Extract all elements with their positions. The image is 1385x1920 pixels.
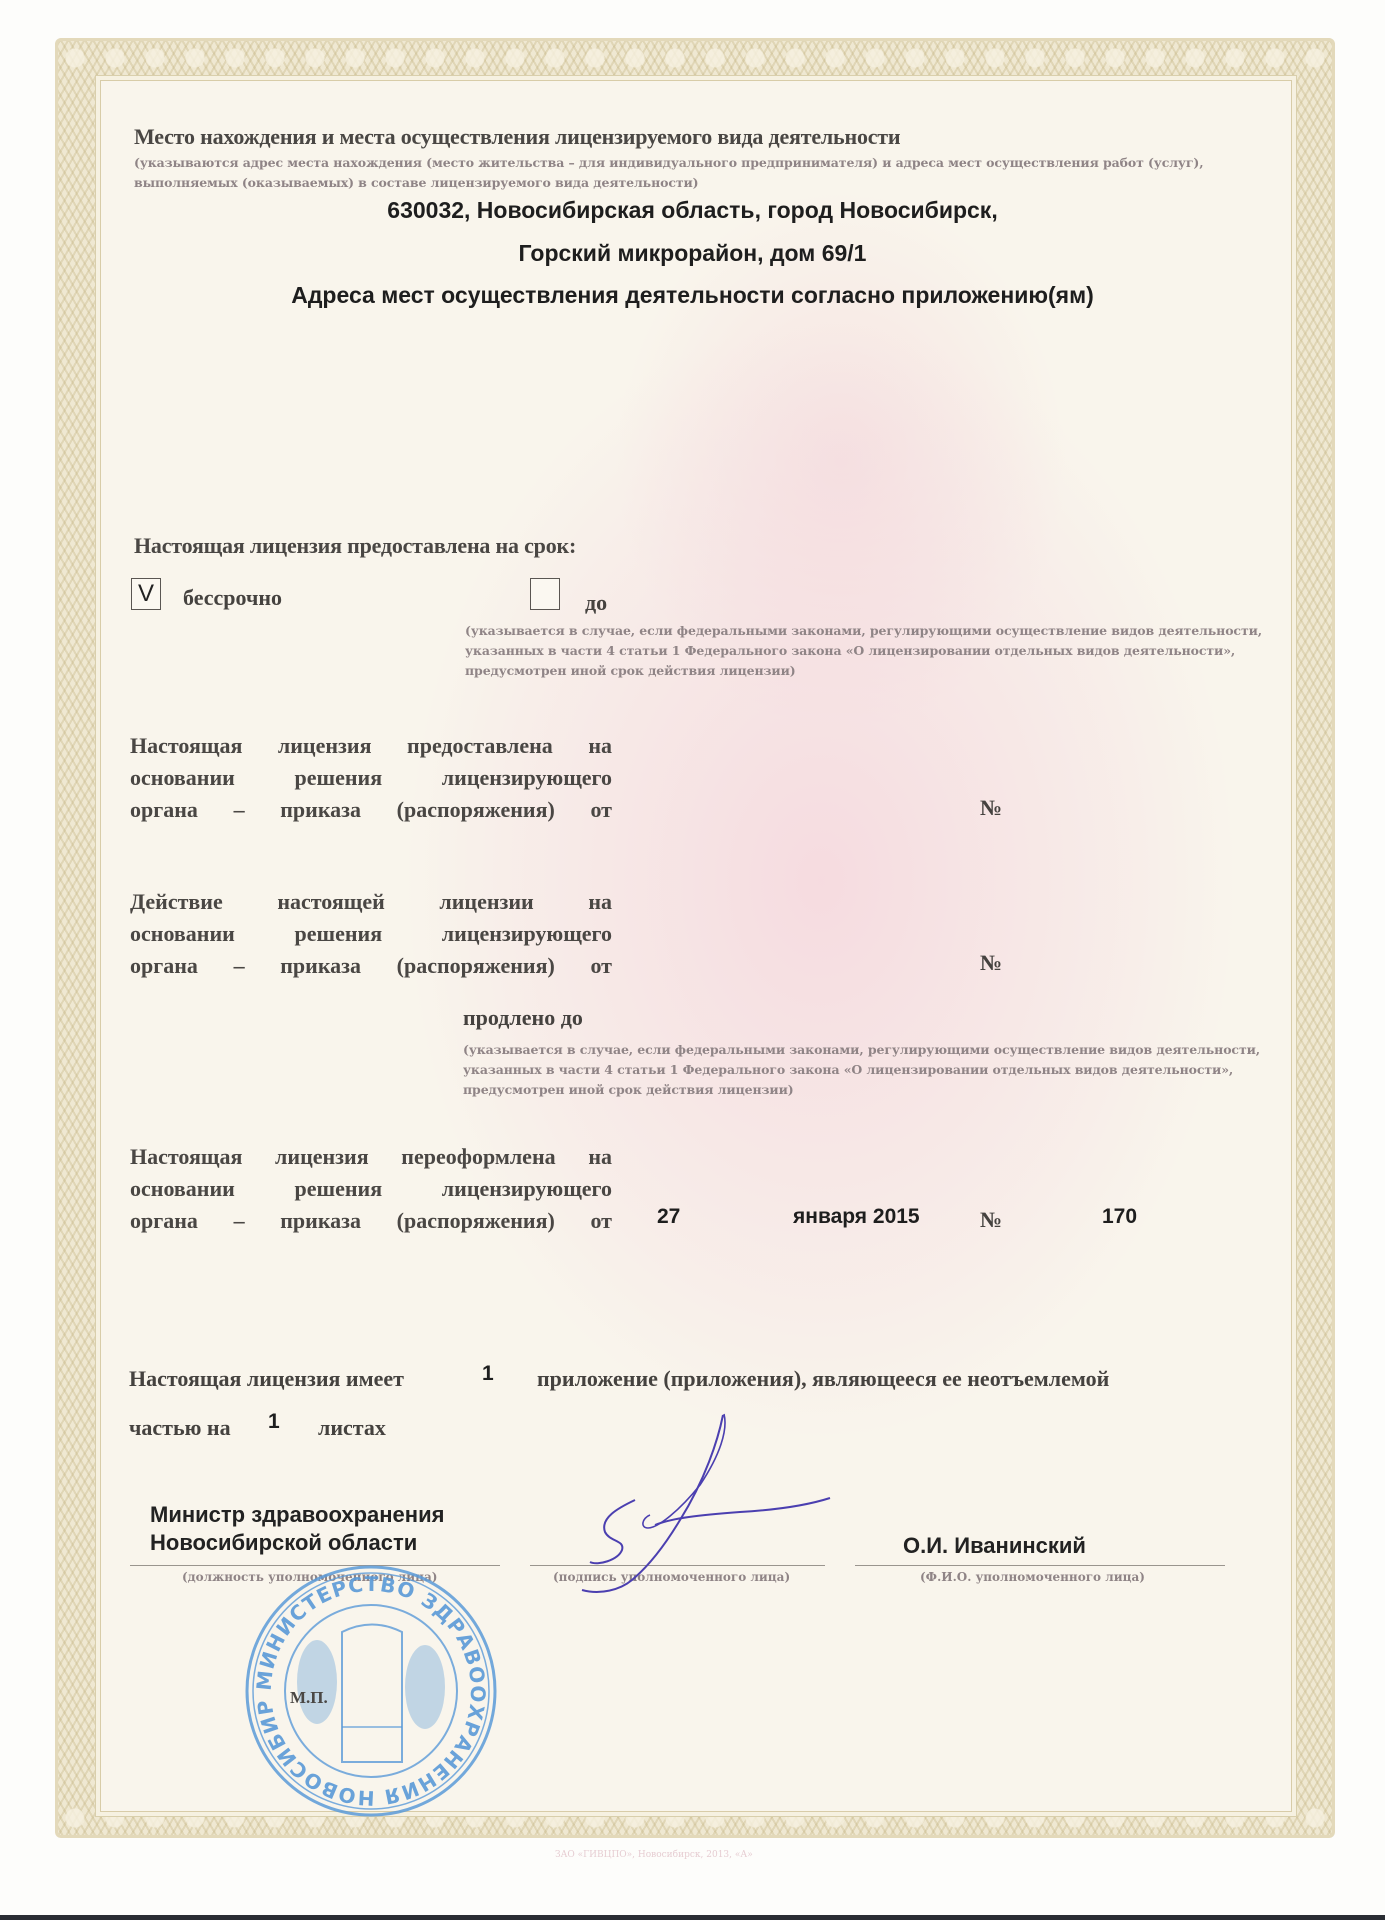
reissued-day: 27: [657, 1205, 680, 1229]
until-checkbox[interactable]: [530, 578, 560, 610]
name-underline: [855, 1565, 1225, 1566]
handwritten-signature: [560, 1400, 850, 1600]
appendix-suffix: приложение (приложения), являющееся ее н…: [537, 1366, 1109, 1392]
location-note-line2: выполняемых (оказываемых) в составе лице…: [134, 173, 699, 193]
reissued-line1: Настоящая лицензия переоформлена на: [130, 1141, 612, 1173]
extension-line1: Действие настоящей лицензии на: [130, 886, 612, 918]
extension-note-line2: указанных в части 4 статьи 1 Федеральног…: [463, 1060, 1233, 1080]
position-line2: Новосибирской области: [150, 1530, 417, 1556]
official-stamp: МИНИСТЕРСТВО ЗДРАВООХРАНЕНИЯ НОВОСИБИРСК…: [242, 1562, 500, 1820]
appendix-line2-prefix: частью на: [129, 1415, 231, 1441]
signatory-name: О.И. Иванинский: [903, 1533, 1086, 1559]
reissued-basis-text: Настоящая лицензия переоформлена на осно…: [130, 1141, 612, 1237]
granted-basis-text: Настоящая лицензия предоставлена на осно…: [130, 730, 612, 826]
addresses-per-appendix: Адреса мест осуществления деятельности с…: [0, 282, 1385, 309]
reissued-month-year: января 2015: [793, 1205, 920, 1229]
extension-basis-text: Действие настоящей лицензии на основании…: [130, 886, 612, 982]
granted-line1: Настоящая лицензия предоставлена на: [130, 730, 612, 762]
granted-line2: основании решения лицензирующего: [130, 762, 612, 794]
extended-until-label: продлено до: [463, 1005, 583, 1031]
granted-line3: органа – приказа (распоряжения) от: [130, 794, 612, 826]
extension-note-line1: (указывается в случае, если федеральными…: [463, 1040, 1260, 1060]
address-line1: 630032, Новосибирская область, город Нов…: [0, 197, 1385, 224]
reissued-number-sign: №: [980, 1207, 1002, 1233]
until-label: до: [585, 590, 607, 616]
extension-number-sign: №: [980, 950, 1002, 976]
caption-name: (Ф.И.О. уполномоченного лица): [920, 1570, 1145, 1584]
extension-line3: органа – приказа (распоряжения) от: [130, 950, 612, 982]
seal-place-label: М.П.: [290, 1688, 328, 1708]
reissued-number: 170: [1102, 1205, 1137, 1229]
appendix-count: 1: [482, 1362, 494, 1386]
appendix-prefix: Настоящая лицензия имеет: [129, 1366, 404, 1392]
appendix-sheets: 1: [268, 1410, 280, 1434]
term-note-line1: (указывается в случае, если федеральными…: [465, 621, 1262, 641]
printer-imprint: ЗАО «ГИВЦПО», Новосибирск, 2013, «А»: [555, 1850, 753, 1860]
appendix-line2-suffix: листах: [318, 1415, 386, 1441]
extension-note-line3: предусмотрен иной срок действия лицензии…: [463, 1080, 794, 1100]
term-heading: Настоящая лицензия предоставлена на срок…: [134, 533, 576, 559]
indefinite-label: бессрочно: [183, 585, 282, 611]
position-line1: Министр здравоохранения: [150, 1502, 444, 1528]
reissued-line2: основании решения лицензирующего: [130, 1173, 612, 1205]
term-note-line3: предусмотрен иной срок действия лицензии…: [465, 661, 796, 681]
scan-edge: [0, 1915, 1385, 1920]
location-heading: Место нахождения и места осуществления л…: [134, 124, 900, 150]
location-note-line1: (указываются адрес места нахождения (мес…: [134, 153, 1203, 173]
indefinite-checkbox[interactable]: V: [131, 578, 161, 610]
reissued-line3: органа – приказа (распоряжения) от: [130, 1205, 612, 1237]
address-line2: Горский микрорайон, дом 69/1: [0, 240, 1385, 267]
granted-number-sign: №: [980, 795, 1002, 821]
border-top-wave: [55, 38, 1335, 78]
term-note-line2: указанных в части 4 статьи 1 Федеральног…: [465, 641, 1235, 661]
extension-line2: основании решения лицензирующего: [130, 918, 612, 950]
